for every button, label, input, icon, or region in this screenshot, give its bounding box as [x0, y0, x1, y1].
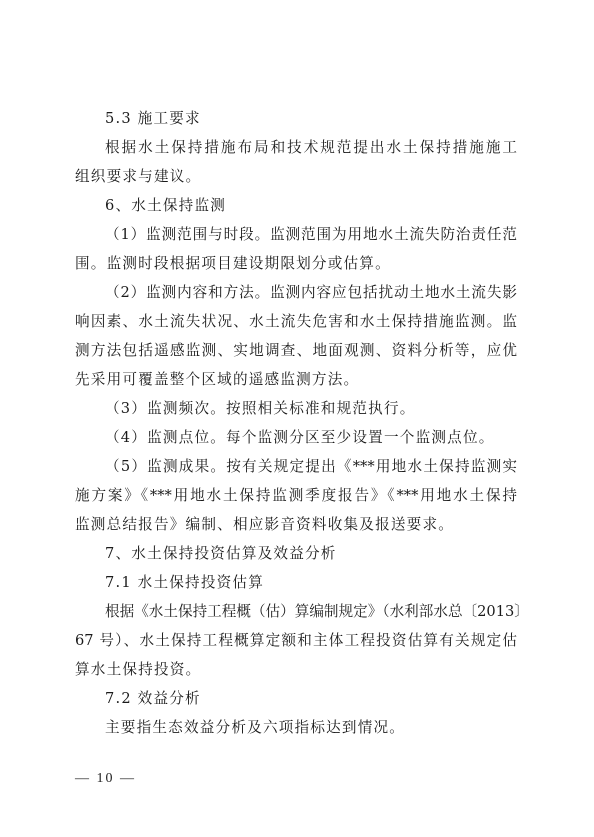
- paragraph-line: 施方案》《***用地水土保持监测季度报告》《***用地水土保持: [75, 481, 517, 510]
- document-body: 5.3 施工要求 根据水土保持措施布局和技术规范提出水土保持措施施工 组织要求与…: [75, 104, 517, 742]
- paragraph-line: （3）监测频次。按照相关标准和规范执行。: [75, 394, 517, 423]
- section-heading-7: 7、水土保持投资估算及效益分析: [75, 539, 517, 568]
- paragraph-line: 根据《水土保持工程概（估）算编制规定》（水利部水总〔2013〕: [75, 597, 517, 626]
- paragraph-line: 67 号）、水土保持工程概算定额和主体工程投资估算有关规定估: [75, 626, 517, 655]
- paragraph-line: （5）监测成果。按有关规定提出《***用地水土保持监测实: [75, 452, 517, 481]
- paragraph-line: （1）监测范围与时段。监测范围为用地水土流失防治责任范: [75, 220, 517, 249]
- section-heading-7-1: 7.1 水土保持投资估算: [75, 568, 517, 597]
- paragraph-line: 测方法包括遥感监测、实地调查、地面观测、资料分析等，应优: [75, 336, 517, 365]
- section-heading-5-3: 5.3 施工要求: [75, 104, 517, 133]
- paragraph-line: 根据水土保持措施布局和技术规范提出水土保持措施施工: [75, 133, 517, 162]
- page-number: — 10 —: [75, 771, 136, 787]
- section-heading-7-2: 7.2 效益分析: [75, 684, 517, 713]
- paragraph-line: 监测总结报告》编制、相应影音资料收集及报送要求。: [75, 510, 517, 539]
- paragraph-line: 算水土保持投资。: [75, 655, 517, 684]
- document-page: 5.3 施工要求 根据水土保持措施布局和技术规范提出水土保持措施施工 组织要求与…: [0, 0, 594, 837]
- paragraph-line: （4）监测点位。每个监测分区至少设置一个监测点位。: [75, 423, 517, 452]
- paragraph-line: 围。监测时段根据项目建设期限划分或估算。: [75, 249, 517, 278]
- paragraph-line: 先采用可覆盖整个区域的遥感监测方法。: [75, 365, 517, 394]
- paragraph-line: （2）监测内容和方法。监测内容应包括扰动土地水土流失影: [75, 278, 517, 307]
- paragraph-line: 组织要求与建议。: [75, 162, 517, 191]
- paragraph-line: 主要指生态效益分析及六项指标达到情况。: [75, 713, 517, 742]
- paragraph-line: 响因素、水土流失状况、水土流失危害和水土保持措施监测。监: [75, 307, 517, 336]
- section-heading-6: 6、水土保持监测: [75, 191, 517, 220]
